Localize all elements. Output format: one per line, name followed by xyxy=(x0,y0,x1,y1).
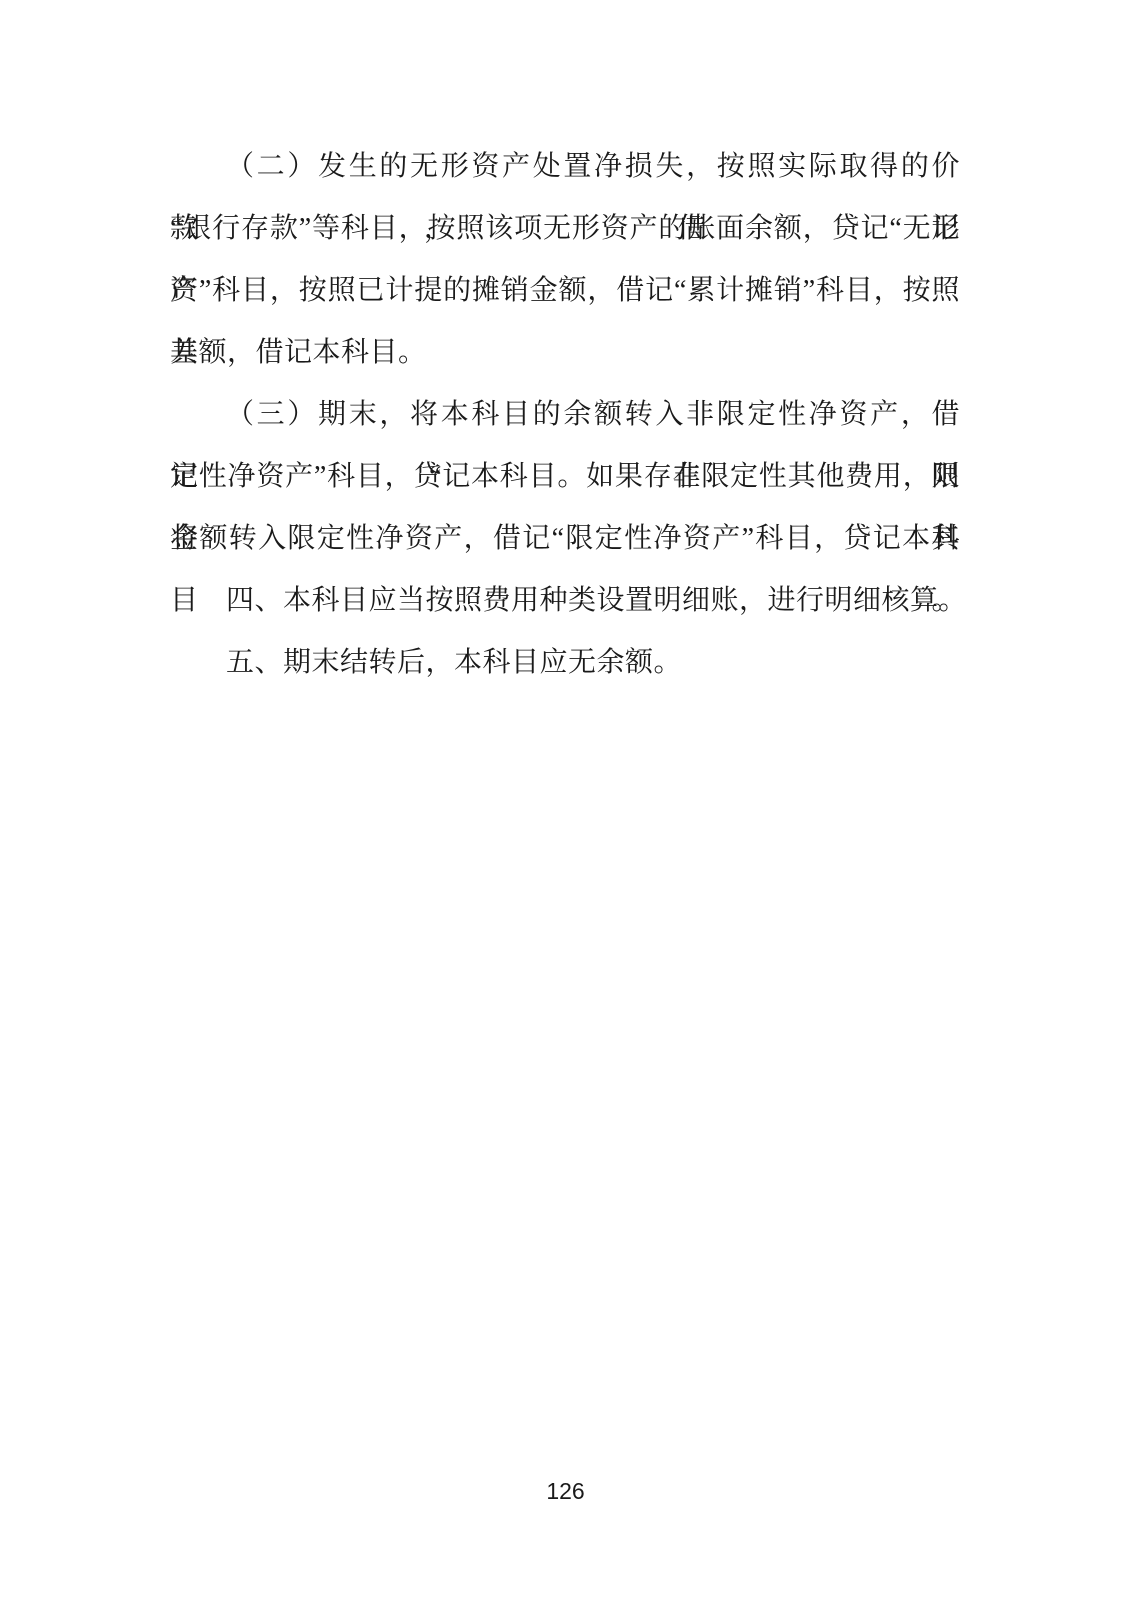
document-page: （二）发生的无形资产处置净损失，按照实际取得的价款，借记 “银行存款”等科目，按… xyxy=(0,0,1131,1600)
paragraph-line: （三）期末，将本科目的余额转入非限定性净资产，借记“非限 xyxy=(170,384,960,446)
paragraph-line: 四、本科目应当按照费用种类设置明细账，进行明细核算。 xyxy=(170,570,960,632)
body-text-block: （二）发生的无形资产处置净损失，按照实际取得的价款，借记 “银行存款”等科目，按… xyxy=(170,136,960,694)
paragraph-line: 产”科目，按照已计提的摊销金额，借记“累计摊销”科目，按照其 xyxy=(170,260,960,322)
paragraph-line: 差额，借记本科目。 xyxy=(170,322,960,384)
paragraph-line: 金额转入限定性净资产，借记“限定性净资产”科目，贷记本科目。 xyxy=(170,508,960,570)
page-number: 126 xyxy=(546,1478,584,1504)
paragraph-line: “银行存款”等科目，按照该项无形资产的账面余额，贷记“无形资 xyxy=(170,198,960,260)
paragraph-line: （二）发生的无形资产处置净损失，按照实际取得的价款，借记 xyxy=(170,136,960,198)
paragraph-line: 定性净资产”科目，贷记本科目。如果存在限定性其他费用，则将其 xyxy=(170,446,960,508)
paragraph-line: 五、期末结转后，本科目应无余额。 xyxy=(170,632,960,694)
page-footer: 126 xyxy=(0,1476,1131,1506)
